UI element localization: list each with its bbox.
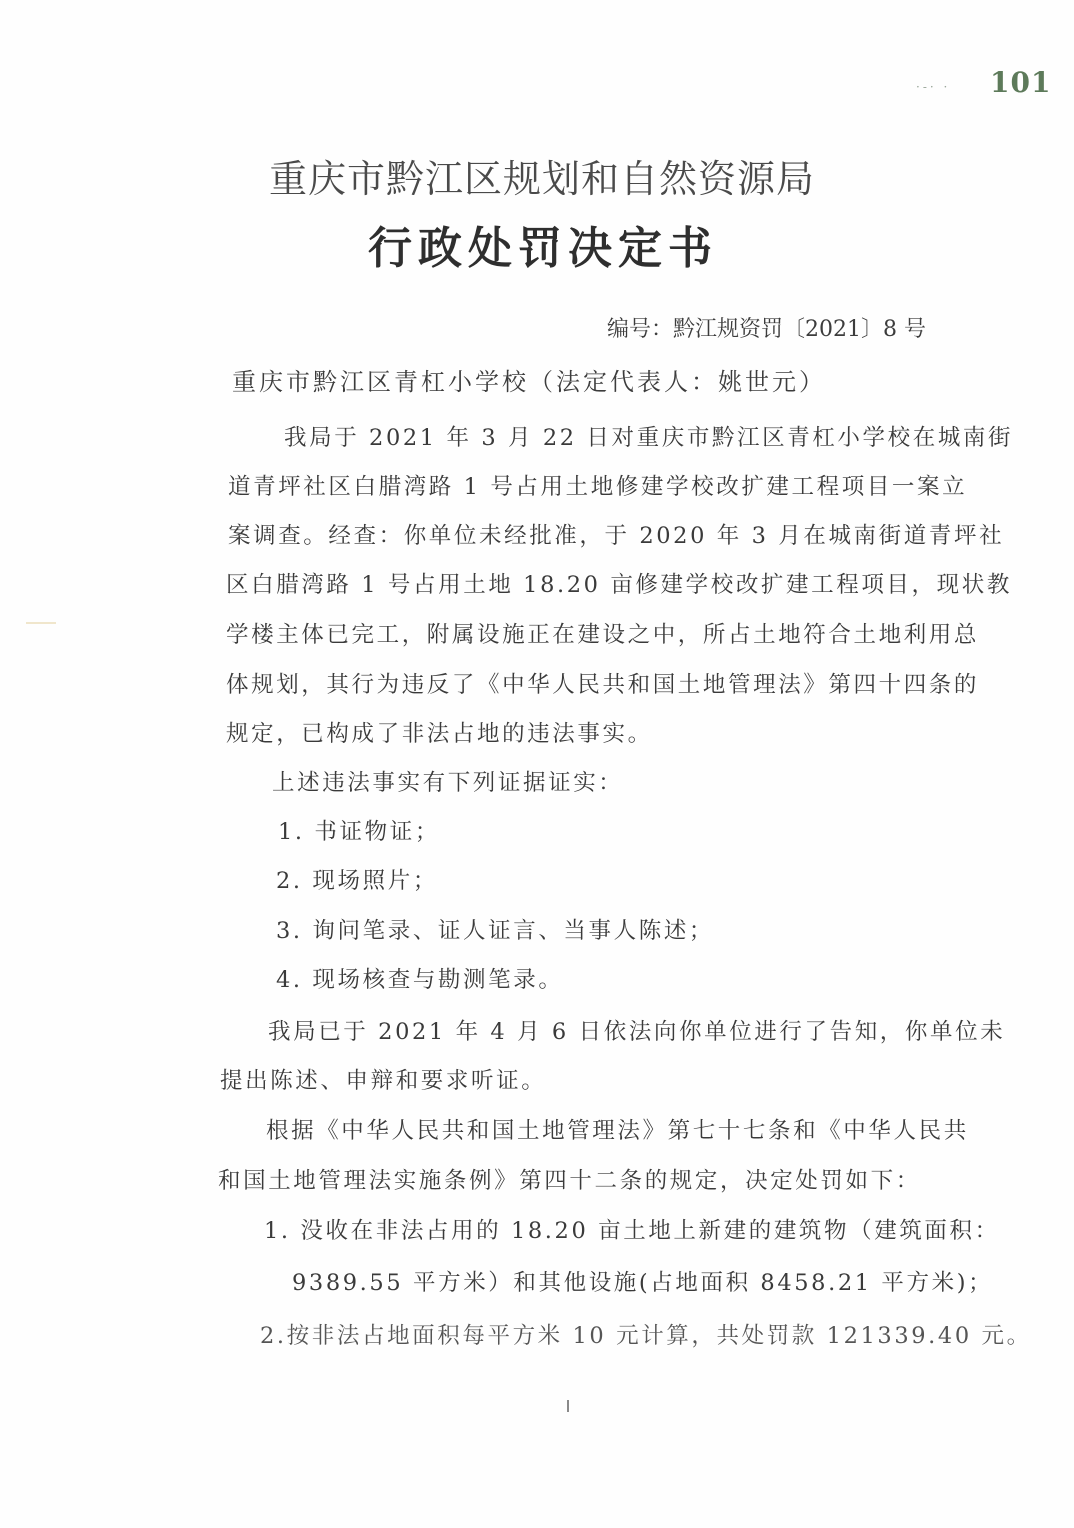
document-page: ·-· · 101 重庆市黔江区规划和自然资源局 行政处罚决定书 编号：黔江规资… xyxy=(0,0,1074,1528)
facts-line-1: 我局于 2021 年 3 月 22 日对重庆市黔江区青杠小学校在城南街 xyxy=(284,420,1013,452)
facts-line-3: 案调查。经查：你单位未经批准，于 2020 年 3 月在城南街道青坪社 xyxy=(228,518,1004,550)
penalty-item-2: 2.按非法占地面积每平方米 10 元计算，共处罚款 121339.40 元。 xyxy=(260,1318,1032,1350)
scan-margin-mark xyxy=(26,622,56,624)
evidence-item-1: 1. 书证物证； xyxy=(278,814,440,846)
facts-line-4: 区白腊湾路 1 号占用土地 18.20 亩修建学校改扩建工程项目，现状教 xyxy=(226,567,1012,599)
evidence-item-3: 3. 询问笔录、证人证言、当事人陈述； xyxy=(276,913,714,945)
issuing-organization: 重庆市黔江区规划和自然资源局 xyxy=(0,148,1074,203)
penalty-item-1: 1. 没收在非法占用的 18.20 亩土地上新建的建筑物（建筑面积： xyxy=(264,1213,1000,1245)
facts-line-6: 体规划，其行为违反了《中华人民共和国土地管理法》第四十四条的 xyxy=(226,667,979,699)
evidence-item-2: 2. 现场照片； xyxy=(276,863,438,895)
recipient: 重庆市黔江区青杠小学校（法定代表人：姚世元） xyxy=(232,362,826,397)
evidence-item-4: 4. 现场核查与勘测笔录。 xyxy=(276,962,563,994)
notice-line-2: 提出陈述、申辩和要求听证。 xyxy=(220,1063,546,1095)
basis-line-1: 根据《中华人民共和国土地管理法》第七十七条和《中华人民共 xyxy=(266,1113,969,1145)
basis-line-2: 和国土地管理法实施条例》第四十二条的规定，决定处罚如下： xyxy=(218,1163,921,1195)
page-footer-mark xyxy=(567,1400,569,1412)
archive-page-number: 101 xyxy=(990,66,1051,99)
facts-line-5: 学楼主体已完工，附属设施正在建设之中，所占土地符合土地利用总 xyxy=(226,617,979,649)
facts-line-7: 规定，已构成了非法占地的违法事实。 xyxy=(226,716,653,748)
scan-speckle: ·-· · xyxy=(916,80,950,94)
document-title: 行政处罚决定书 xyxy=(0,212,1074,276)
evidence-intro: 上述违法事实有下列证据证实： xyxy=(272,765,623,797)
document-number: 编号：黔江规资罚〔2021〕8 号 xyxy=(607,312,926,343)
notice-line-1: 我局已于 2021 年 4 月 6 日依法向你单位进行了告知，你单位未 xyxy=(268,1014,1005,1046)
penalty-item-1-continued: 9389.55 平方米）和其他设施(占地面积 8458.21 平方米)； xyxy=(292,1265,993,1297)
facts-line-2: 道青坪社区白腊湾路 1 号占用土地修建学校改扩建工程项目一案立 xyxy=(228,469,967,501)
